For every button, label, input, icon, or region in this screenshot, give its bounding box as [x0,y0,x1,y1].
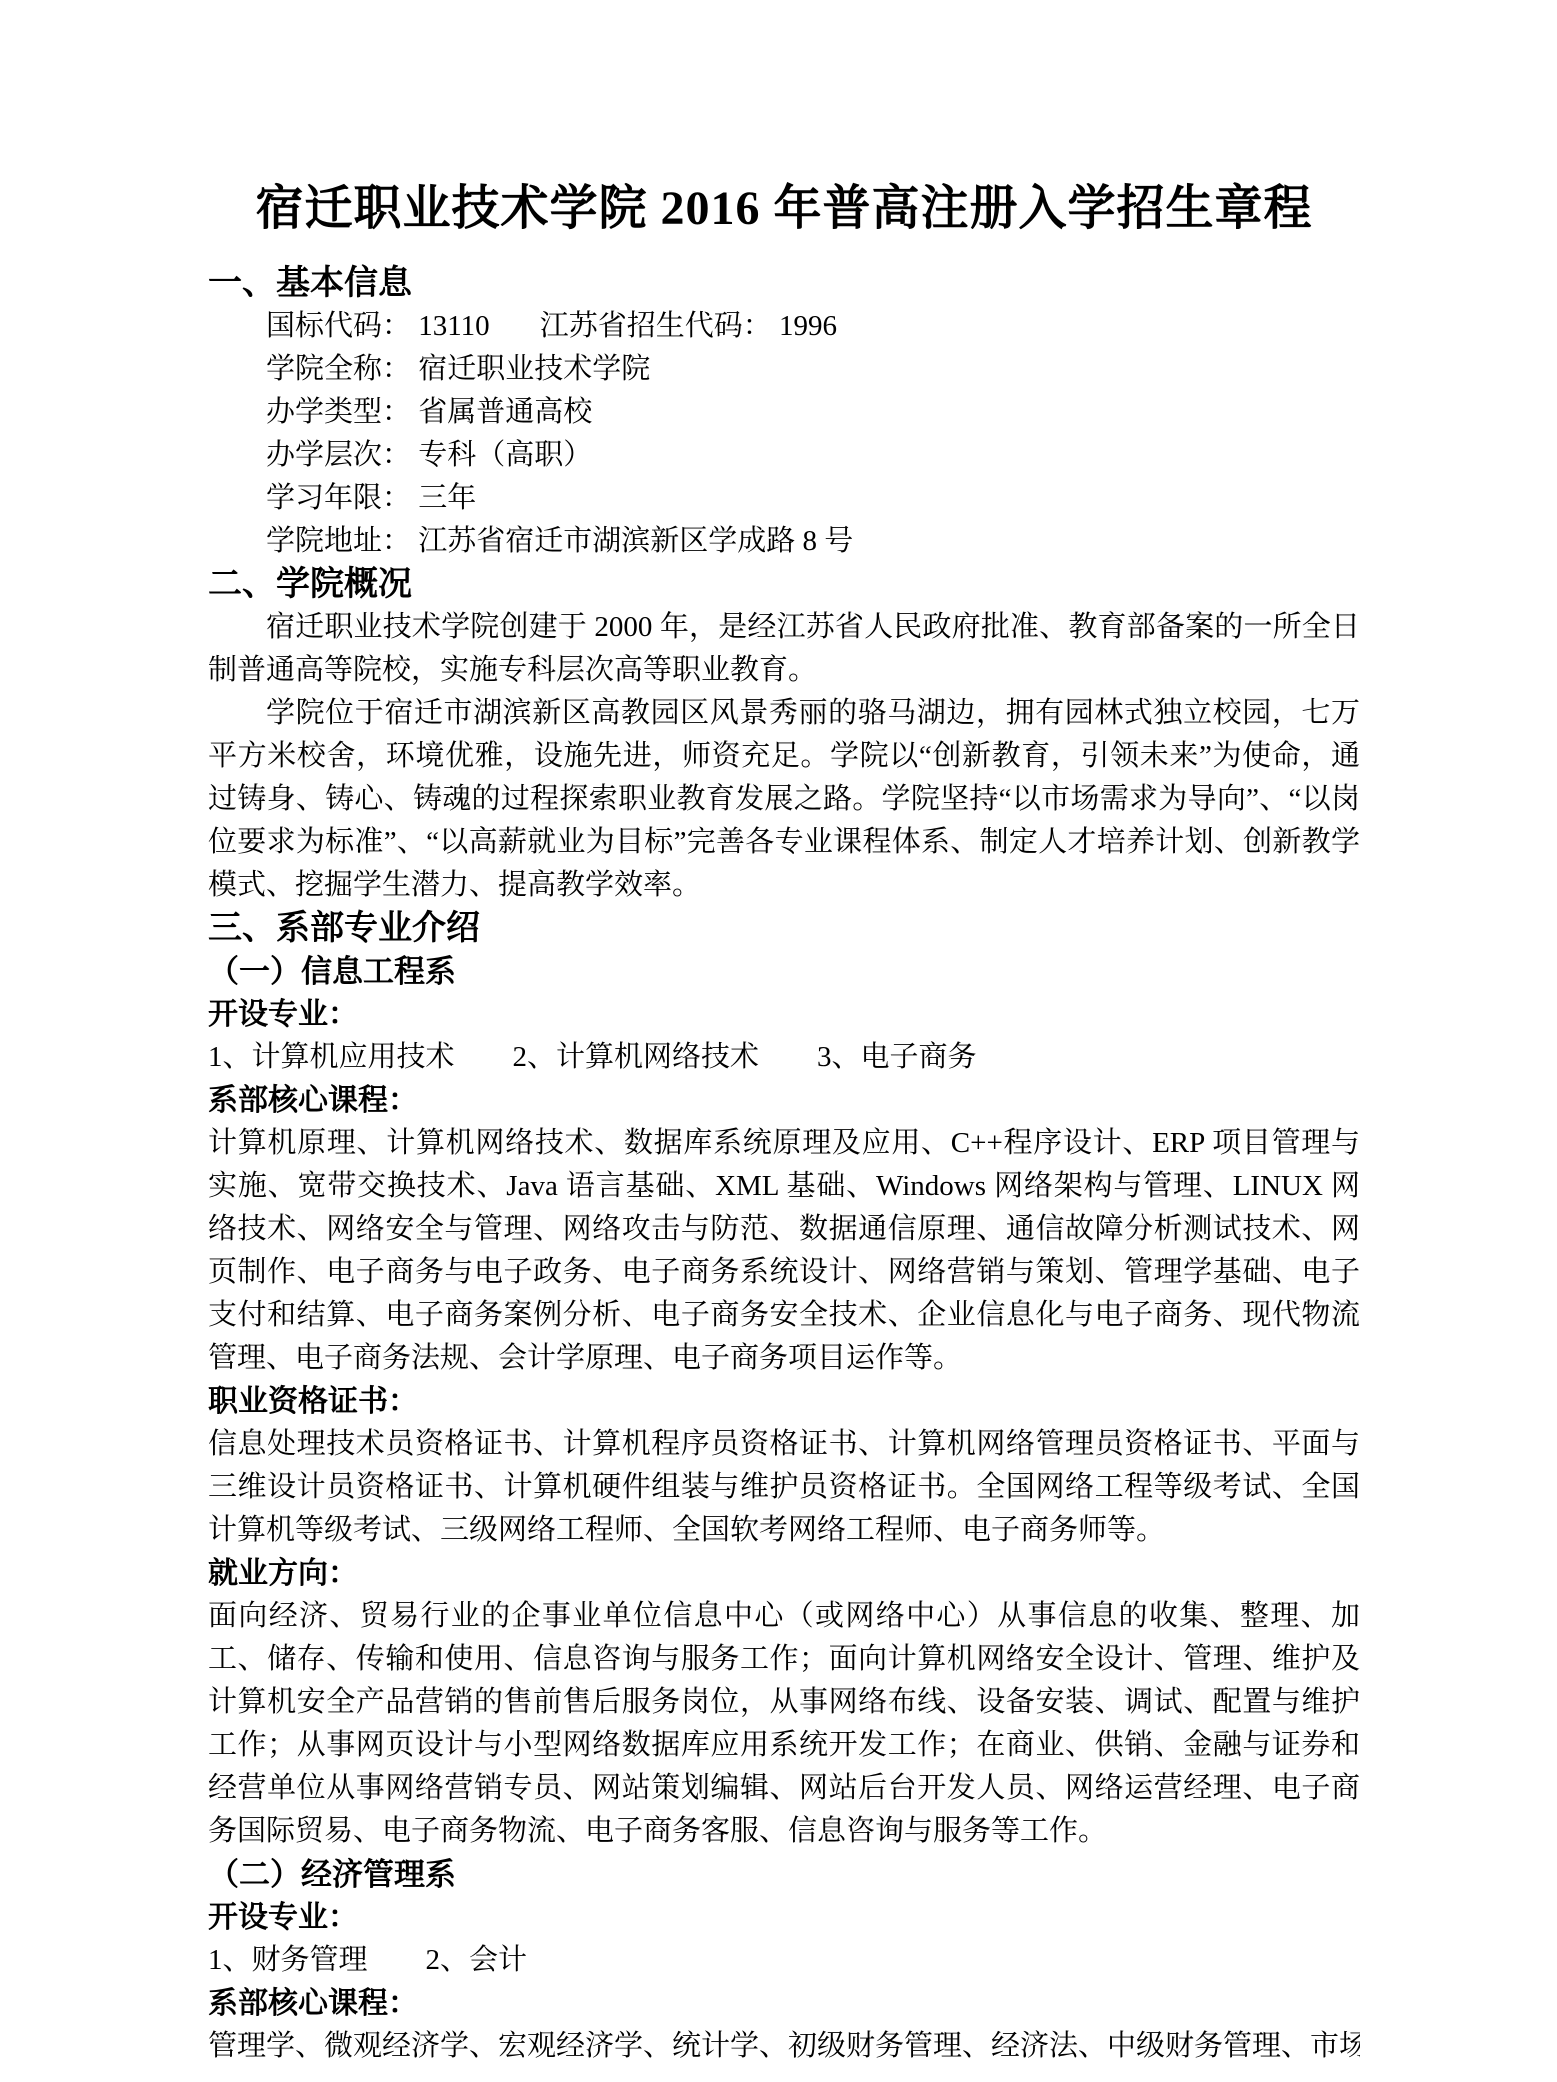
basic-info-school-level: 办学层次： 专科（高职） [208,434,1360,477]
employment-dept1: 面向经济、贸易行业的企事业单位信息中心（或网络中心）从事信息的收集、整理、加工、… [208,1595,1360,1853]
majors-list-dept1: 1、计算机应用技术 2、计算机网络技术 3、电子商务 [208,1036,1360,1079]
national-code: 国标代码： 13110 [266,310,490,342]
basic-info-college-name: 学院全称： 宿迁职业技术学院 [208,348,1360,391]
core-courses-dept2-partial: 管理学、微观经济学、宏观经济学、统计学、初级财务管理、经济法、中级财务管理、市场 [208,2025,1360,2068]
certificates-dept1: 信息处理技术员资格证书、计算机程序员资格证书、计算机网络管理员资格证书、平面与三… [208,1423,1360,1552]
document-page: 宿迁职业技术学院 2016 年普高注册入学招生章程 一、基本信息 国标代码： 1… [0,0,1557,2082]
basic-info-address: 学院地址： 江苏省宿迁市湖滨新区学成路 8 号 [208,520,1360,563]
heading-departments-intro: 三、系部专业介绍 [208,907,1360,950]
overview-paragraph-2: 学院位于宿迁市湖滨新区高教园区风景秀丽的骆马湖边，拥有园林式独立校园，七万平方米… [208,692,1360,907]
label-employment-dept1: 就业方向： [208,1552,1360,1595]
label-majors-dept1: 开设专业： [208,993,1360,1036]
label-certificates-dept1: 职业资格证书： [208,1380,1360,1423]
jiangsu-enroll-code: 江苏省招生代码： 1996 [540,310,837,342]
heading-dept-information-engineering: （一）信息工程系 [208,950,1360,993]
overview-paragraph-1: 宿迁职业技术学院创建于 2000 年，是经江苏省人民政府批准、教育部备案的一所全… [208,606,1360,692]
doc-title: 宿迁职业技术学院 2016 年普高注册入学招生章程 [208,180,1360,238]
heading-dept-economic-management: （二）经济管理系 [208,1853,1360,1896]
basic-info-school-type: 办学类型： 省属普通高校 [208,391,1360,434]
label-core-courses-dept1: 系部核心课程： [208,1079,1360,1122]
label-core-courses-dept2: 系部核心课程： [208,1982,1360,2025]
heading-basic-info: 一、基本信息 [208,262,1360,305]
heading-college-overview: 二、学院概况 [208,563,1360,606]
label-majors-dept2: 开设专业： [208,1896,1360,1939]
basic-info-codes: 国标代码： 13110江苏省招生代码： 1996 [208,305,1360,348]
core-courses-dept1: 计算机原理、计算机网络技术、数据库系统原理及应用、C++程序设计、ERP 项目管… [208,1122,1360,1380]
majors-list-dept2: 1、财务管理 2、会计 [208,1939,1360,1982]
basic-info-study-years: 学习年限： 三年 [208,477,1360,520]
